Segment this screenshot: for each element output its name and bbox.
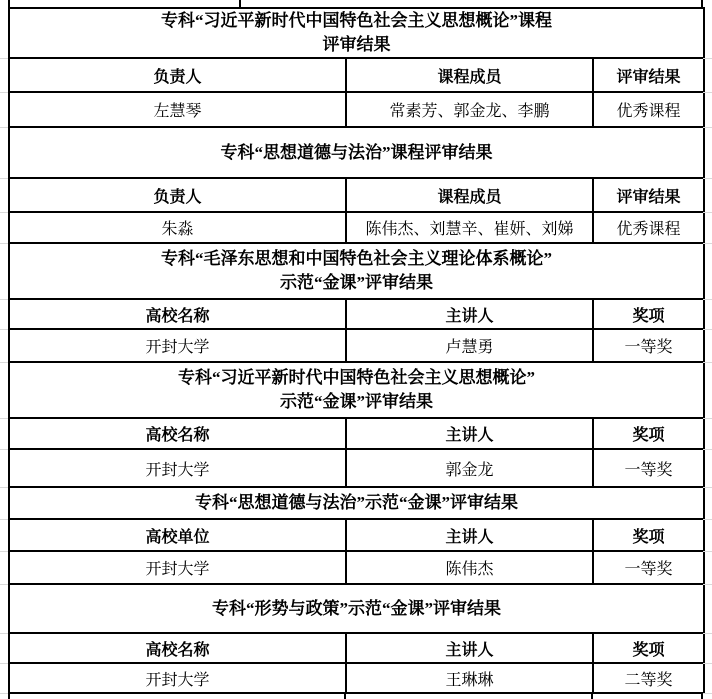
gridline-artifact (703, 212, 712, 213)
column-header: 奖项 (593, 519, 704, 551)
gridline-artifact (0, 693, 8, 694)
column-header: 主讲人 (346, 519, 593, 551)
gridline-artifact (0, 418, 8, 419)
table-cell: 开封大学 (9, 329, 346, 362)
section-title: 专科“习近平新时代中国特色社会主义思想概论”课程 评审结果 (9, 8, 704, 58)
column-header: 奖项 (593, 418, 704, 449)
gridline-artifact (703, 329, 712, 330)
gridline-artifact (703, 693, 712, 694)
gridline-artifact (0, 551, 8, 552)
table-row: 左慧琴 常素芳、郭金龙、李鹏 优秀课程 (9, 92, 704, 127)
gridline-artifact (0, 362, 8, 363)
table-cell: 开封大学 (9, 663, 346, 693)
column-header: 主讲人 (346, 418, 593, 449)
table-cell: 郭金龙 (346, 449, 593, 487)
gridline-artifact (0, 487, 8, 488)
gridline-artifact (0, 633, 8, 634)
gridline-artifact (0, 449, 8, 450)
column-header: 奖项 (593, 299, 704, 329)
table-cell: 优秀课程 (593, 92, 704, 127)
table-cell: 左慧琴 (9, 92, 346, 127)
column-header: 负责人 (9, 178, 346, 212)
table-row: 开封大学 郭金龙 一等奖 (9, 449, 704, 487)
table-cell: 优秀课程 (593, 212, 704, 243)
table-cell: 一等奖 (593, 329, 704, 362)
gridline-artifact (703, 362, 712, 363)
gridline-artifact (703, 299, 712, 300)
gridline-artifact (703, 418, 712, 419)
column-header: 主讲人 (346, 633, 593, 663)
column-header: 负责人 (9, 58, 346, 92)
column-header: 主讲人 (346, 299, 593, 329)
table-cell: 卢慧勇 (346, 329, 593, 362)
gridline-artifact (0, 329, 8, 330)
gridline-artifact (0, 663, 8, 664)
table-row: 开封大学 卢慧勇 一等奖 (9, 329, 704, 362)
gridline-artifact (703, 58, 712, 59)
gridline-artifact (703, 584, 712, 585)
column-header: 高校名称 (9, 633, 346, 663)
cutoff-row-divider-top (239, 0, 241, 7)
gridline-artifact (703, 243, 712, 244)
gridline-artifact (0, 92, 8, 93)
table-cell: 朱淼 (9, 212, 346, 243)
column-header: 课程成员 (346, 178, 593, 212)
table-cell: 开封大学 (9, 449, 346, 487)
gridline-artifact (703, 551, 712, 552)
gridline-artifact (703, 127, 712, 128)
column-header: 课程成员 (346, 58, 593, 92)
gridline-artifact (703, 633, 712, 634)
table-cell: 一等奖 (593, 551, 704, 584)
gridline-artifact (0, 243, 8, 244)
cutoff-row-border-bottom-left (8, 692, 10, 699)
gridline-artifact (703, 178, 712, 179)
table-cell: 二等奖 (593, 663, 704, 693)
section-title: 专科“毛泽东思想和中国特色社会主义理论体系概论” 示范“金课”评审结果 (9, 243, 704, 299)
gridline-artifact (0, 212, 8, 213)
gridline-artifact (0, 127, 8, 128)
cutoff-row-border-top-right (701, 0, 703, 7)
column-header: 评审结果 (593, 178, 704, 212)
gridline-artifact (703, 487, 712, 488)
column-header: 高校单位 (9, 519, 346, 551)
table-row: 开封大学 陈伟杰 一等奖 (9, 551, 704, 584)
section-title: 专科“思想道德与法治”课程评审结果 (9, 127, 704, 178)
gridline-artifact (0, 178, 8, 179)
gridline-artifact (703, 663, 712, 664)
column-header: 奖项 (593, 633, 704, 663)
column-header: 评审结果 (593, 58, 704, 92)
table-cell: 陈伟杰 (346, 551, 593, 584)
column-header: 高校名称 (9, 418, 346, 449)
gridline-artifact (0, 584, 8, 585)
section-title: 专科“思想道德与法治”示范“金课”评审结果 (9, 487, 704, 519)
table-cell: 开封大学 (9, 551, 346, 584)
cutoff-row-divider-bottom-1 (344, 692, 346, 699)
review-results-table: 专科“习近平新时代中国特色社会主义思想概论”课程 评审结果 负责人 课程成员 评… (8, 7, 705, 694)
gridline-artifact (703, 449, 712, 450)
table-cell: 常素芳、郭金龙、李鹏 (346, 92, 593, 127)
cutoff-row-divider-bottom-2 (591, 692, 593, 699)
table-cell: 陈伟杰、刘慧辛、崔妍、刘娣 (346, 212, 593, 243)
section-title: 专科“形势与政策”示范“金课”评审结果 (9, 584, 704, 633)
column-header: 高校名称 (9, 299, 346, 329)
gridline-artifact (0, 299, 8, 300)
gridline-artifact (0, 58, 8, 59)
table-cell: 一等奖 (593, 449, 704, 487)
section-title: 专科“习近平新时代中国特色社会主义思想概论” 示范“金课”评审结果 (9, 362, 704, 418)
table-row: 朱淼 陈伟杰、刘慧辛、崔妍、刘娣 优秀课程 (9, 212, 704, 243)
table-cell: 王琳琳 (346, 663, 593, 693)
gridline-artifact (703, 92, 712, 93)
document-page: 专科“习近平新时代中国特色社会主义思想概论”课程 评审结果 负责人 课程成员 评… (0, 0, 712, 699)
cutoff-row-border-top-left (8, 0, 10, 7)
gridline-artifact (0, 519, 8, 520)
table-row: 开封大学 王琳琳 二等奖 (9, 663, 704, 693)
gridline-artifact (703, 519, 712, 520)
